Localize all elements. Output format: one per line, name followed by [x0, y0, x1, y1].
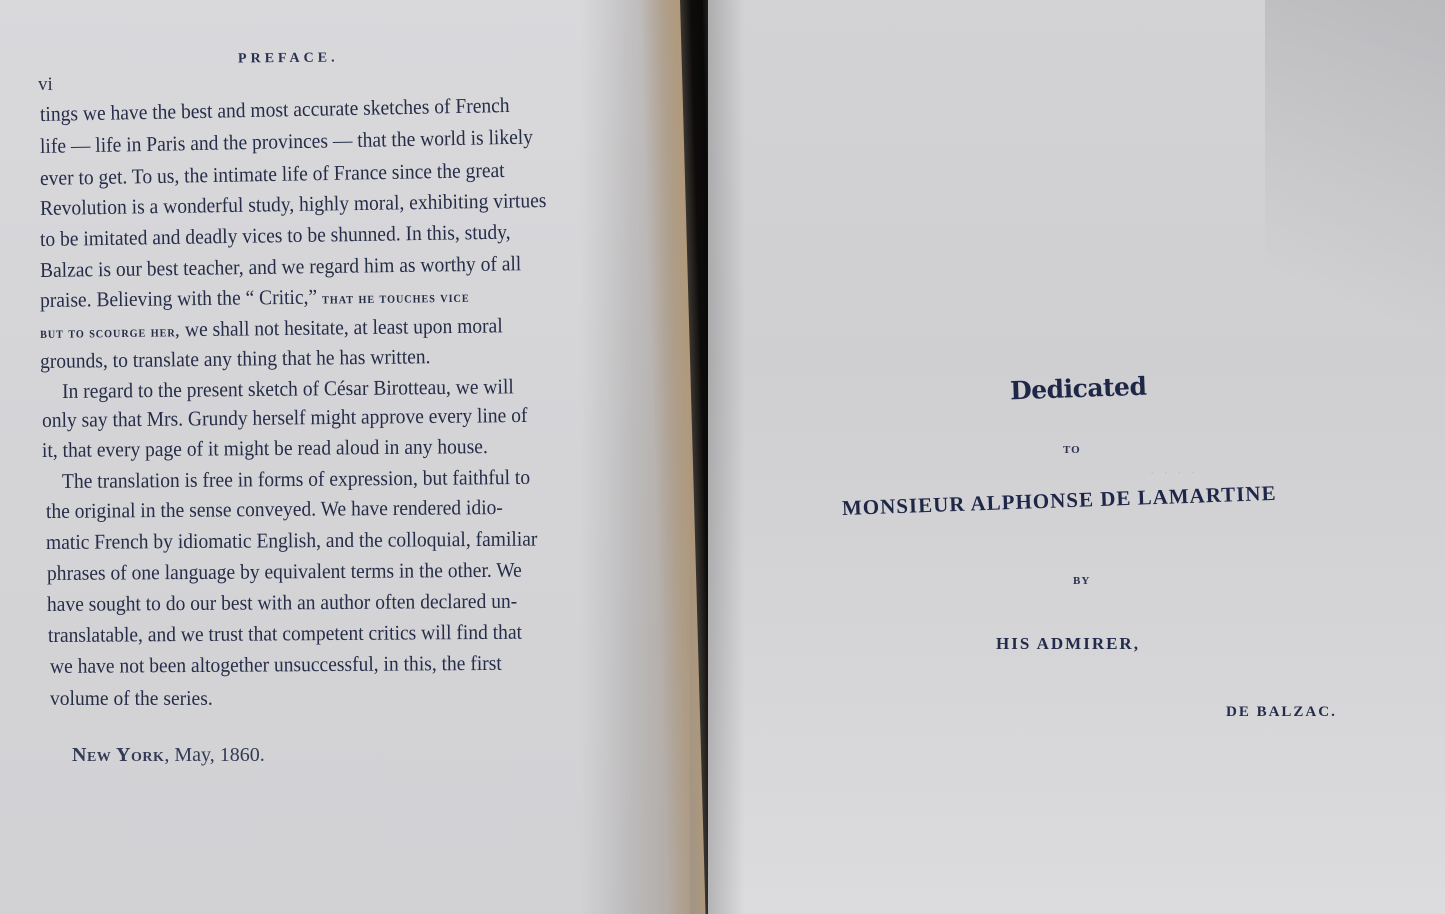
text-line: we have not been altogether unsuccessful…: [50, 653, 502, 677]
text-line: tings we have the best and most accurate…: [40, 95, 510, 125]
dedication-admirer: HIS ADMIRER,: [996, 634, 1140, 654]
left-page: PREFACE. vi tings we have the best and m…: [0, 0, 690, 914]
book-spread: PREFACE. vi tings we have the best and m…: [0, 0, 1445, 914]
text-line: life — life in Paris and the provinces —…: [40, 127, 533, 157]
text-line: volume of the series.: [50, 688, 213, 709]
text-line: to be imitated and deadly vices to be sh…: [40, 222, 511, 250]
text-line-with-smallcaps: but to scourge her, we shall not hesitat…: [40, 315, 503, 342]
text-line: Revolution is a wonderful study, highly …: [40, 190, 547, 219]
dedication-by: BY: [1073, 575, 1090, 587]
text-line: phrases of one language by equivalent te…: [47, 560, 522, 584]
dateline-date: , May, 1860.: [164, 744, 264, 766]
running-head: PREFACE.: [238, 50, 339, 67]
text-line: ever to get. To us, the intimate life of…: [40, 160, 505, 189]
text-line: only say that Mrs. Grundy herself might …: [42, 405, 528, 431]
text-line-with-smallcaps: praise. Believing with the “ Critic,” th…: [40, 285, 470, 311]
dateline-place: New York: [72, 744, 164, 766]
page-number: vi: [38, 74, 53, 96]
right-page: [708, 0, 1445, 914]
text-line: matic French by idiomatic English, and t…: [46, 529, 538, 553]
paragraph-start: The translation is free in forms of expr…: [62, 467, 530, 492]
text-line: the original in the sense conveyed. We h…: [46, 497, 503, 522]
text-segment: praise. Believing with the “ Critic,”: [40, 285, 317, 312]
smallcaps-segment: that he touches vice: [322, 290, 470, 308]
dedication-author: DE BALZAC.: [1226, 704, 1337, 721]
dateline: New York, May, 1860.: [72, 744, 265, 767]
text-line: grounds, to translate any thing that he …: [40, 346, 431, 372]
text-line: it, that every page of it might be read …: [42, 436, 488, 461]
text-line: Balzac is our best teacher, and we regar…: [40, 253, 522, 281]
smallcaps-segment: but to scourge her,: [40, 324, 180, 342]
text-line: translatable, and we trust that competen…: [48, 622, 522, 646]
dedication-to: TO: [1063, 444, 1081, 456]
paragraph-start: In regard to the present sketch of César…: [62, 376, 514, 402]
text-segment: we shall not hesitate, at least upon mor…: [180, 313, 503, 341]
text-line: have sought to do our best with an autho…: [47, 591, 517, 615]
show-through-text: · · · ·: [1150, 465, 1198, 481]
dedication-heading: Dedicated: [1010, 372, 1147, 406]
